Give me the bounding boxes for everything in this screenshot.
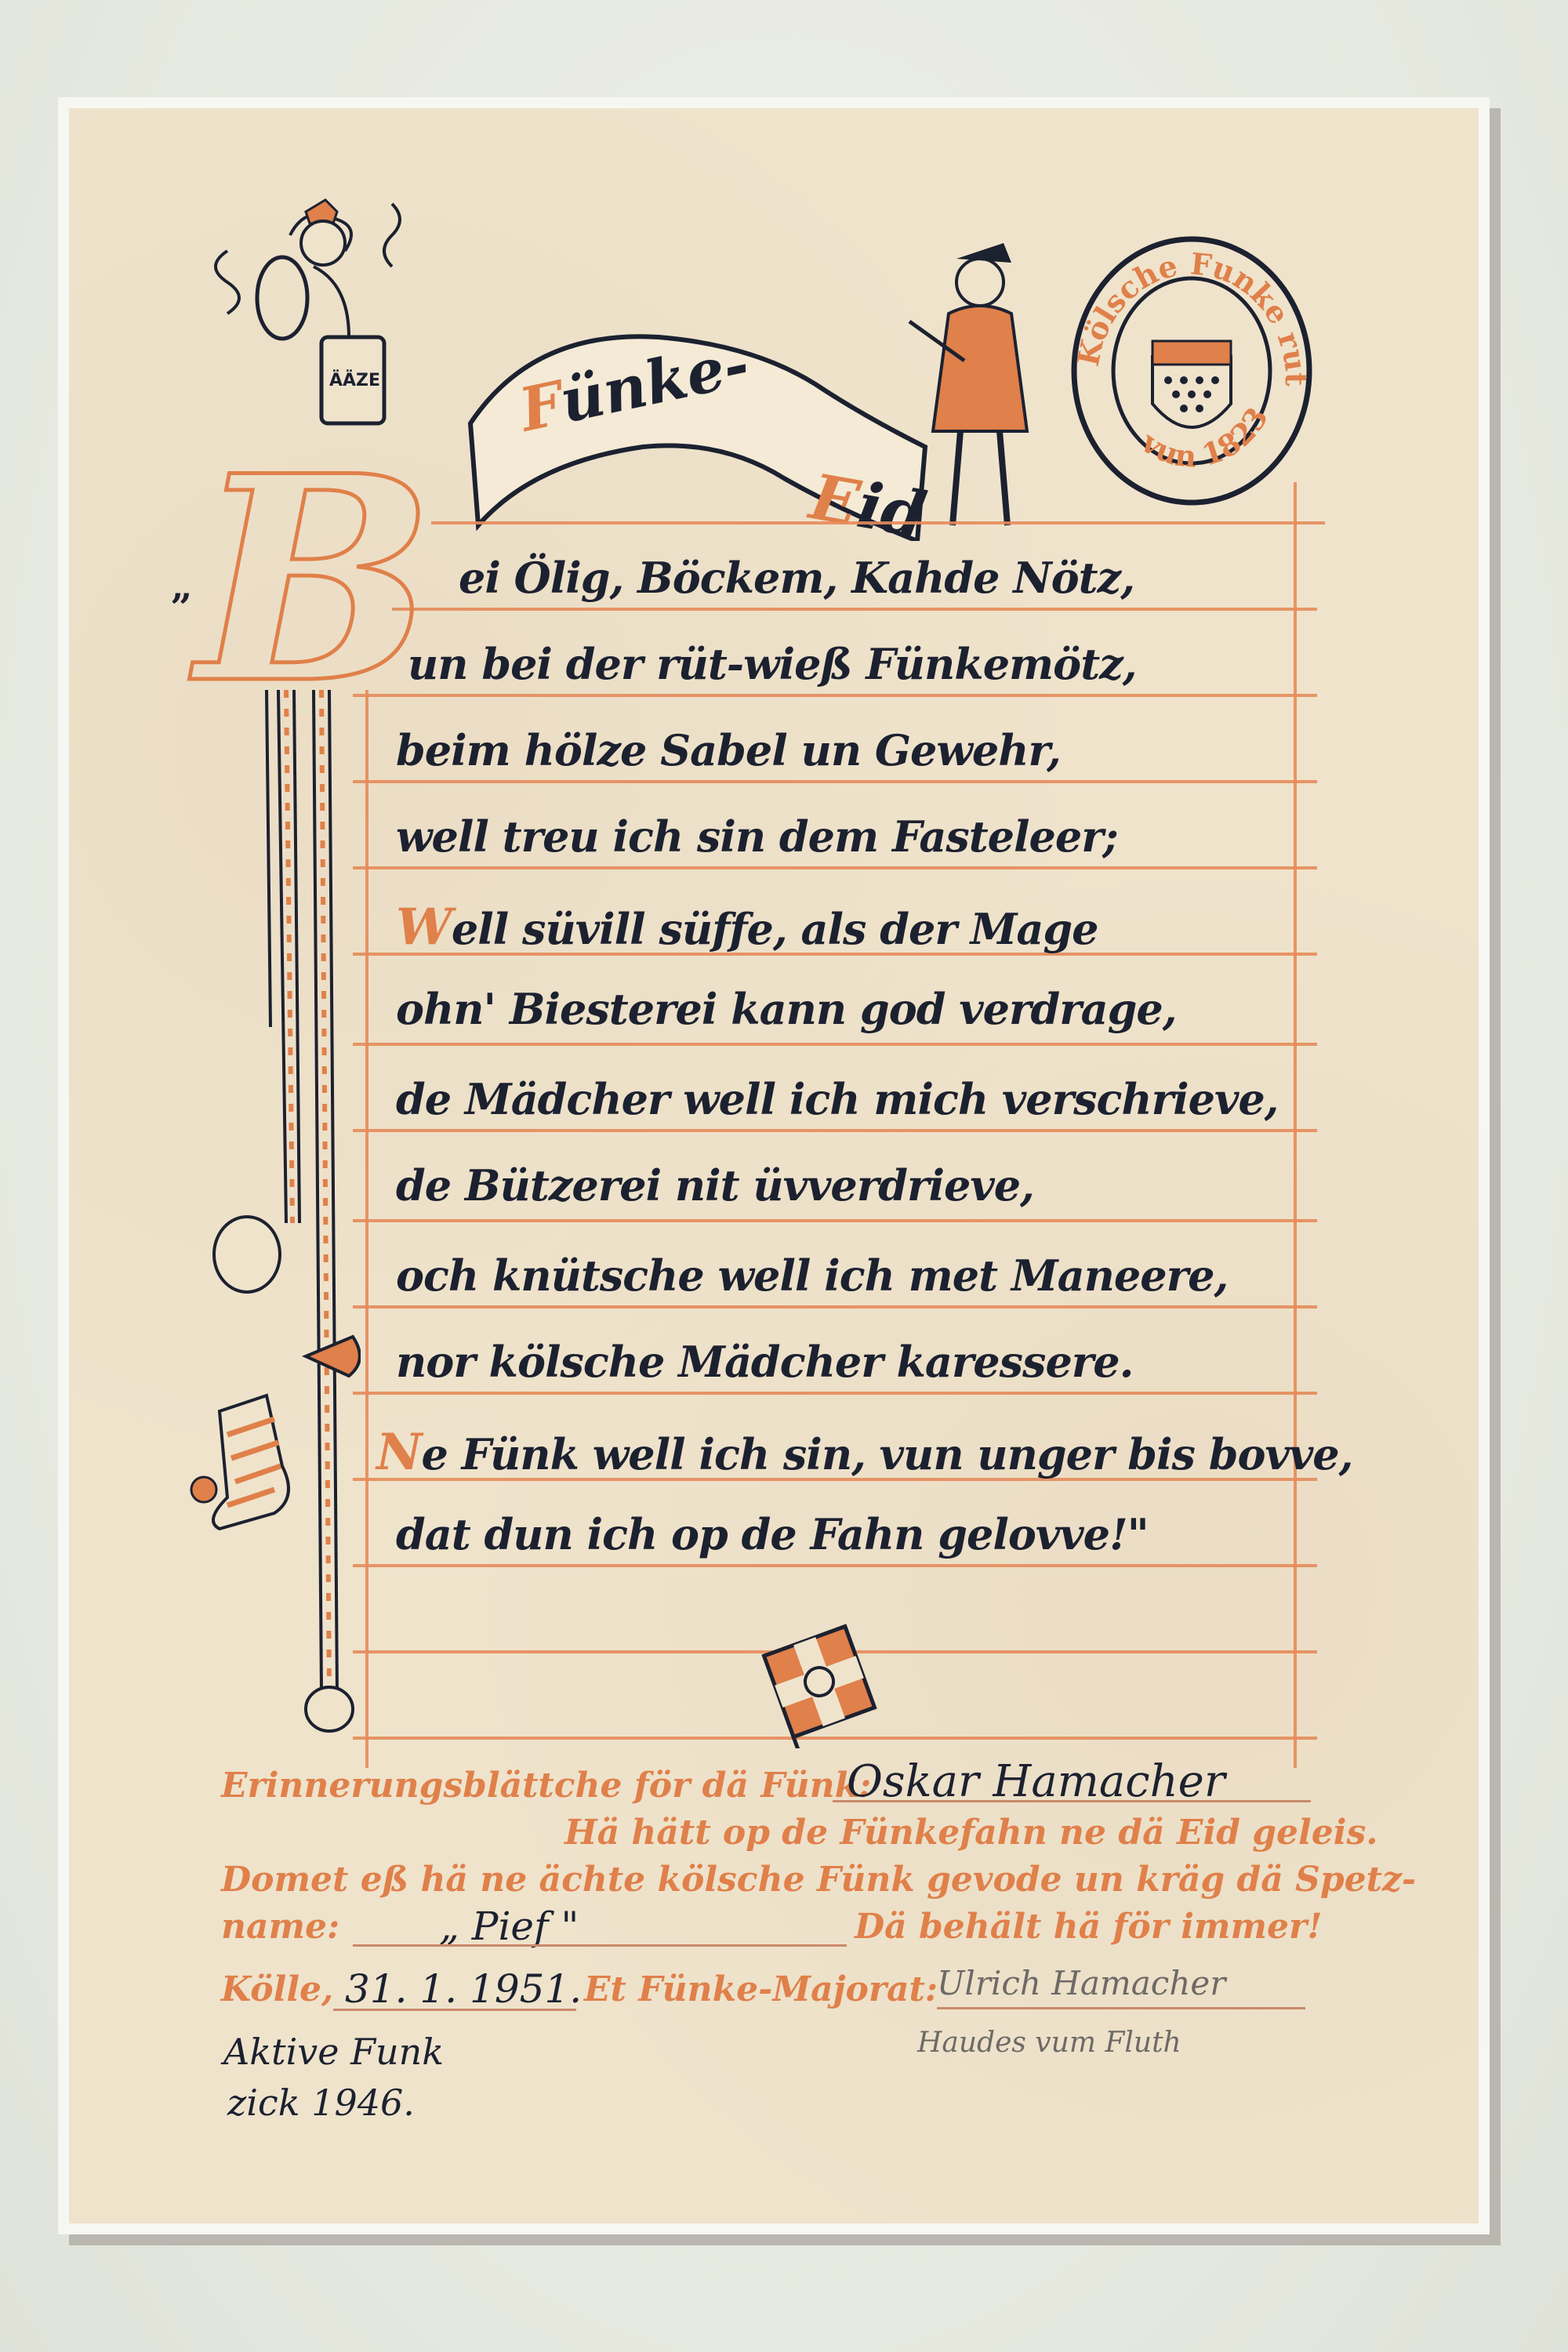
- verse-line-5: Well süvill süffe, als der Mage: [396, 898, 1282, 956]
- rule-line: [353, 780, 1317, 783]
- rule-line: [353, 1564, 1317, 1567]
- verse-line-4: well treu ich sin dem Fasteleer;: [396, 811, 1282, 862]
- kolsche-funke-seal: Kölsche Funke rut-wieß vun 1823: [1066, 231, 1317, 510]
- verse-line-8: de Bützerei nit üvverdrieve,: [396, 1160, 1282, 1210]
- verse-line-10: nor kölsche Mädcher karessere.: [396, 1337, 1282, 1387]
- certificate-line4-suffix: Dä behält hä för immer!: [855, 1907, 1323, 1947]
- rule-line: [431, 521, 1325, 524]
- nickname-underline: [353, 1944, 847, 1947]
- funke-flag-illustration: [753, 1615, 886, 1748]
- rule-line: [353, 1305, 1317, 1308]
- verse-line-6: ohn' Biesterei kann god verdrage,: [396, 984, 1282, 1034]
- certificate-label-line1: Erinnerungsblättche för dä Fünk:: [221, 1766, 871, 1806]
- verse-line-7: de Mädcher well ich mich verschrieve,: [396, 1074, 1282, 1124]
- rule-line: [353, 694, 1317, 697]
- rule-right-vertical: [1294, 482, 1297, 1768]
- issue-date: 31. 1. 1951.: [345, 1966, 582, 2012]
- verse-line-9: och knütsche well ich met Maneere,: [396, 1250, 1282, 1301]
- verse-line-2: un bei der rüt-wieß Fünkemötz,: [408, 639, 1294, 689]
- date-underline: [333, 2009, 576, 2011]
- verse-line-1: ei Ölig, Böckem, Kahde Nötz,: [459, 553, 1345, 603]
- signature-underline: [937, 2007, 1305, 2009]
- verse-line-3: beim hölze Sabel un Gewehr,: [396, 725, 1282, 775]
- soldier-illustration: [862, 227, 1098, 541]
- recipient-underline: [833, 1800, 1311, 1802]
- majorat-label: Et Fünke-Majorat:: [584, 1969, 938, 2009]
- rule-line: [353, 1219, 1317, 1222]
- rule-line: [353, 1043, 1317, 1046]
- rule-left-vertical: [365, 690, 368, 1768]
- rule-line: [392, 608, 1317, 611]
- rule-line: [353, 1392, 1317, 1395]
- nickname-label: name:: [221, 1907, 339, 1947]
- opening-quote: „: [171, 564, 193, 608]
- rule-line: [353, 866, 1317, 869]
- rule-line: [353, 1129, 1317, 1132]
- majorat-signature: Ulrich Hamacher: [937, 1964, 1225, 2002]
- annotation-line1: Aktive Funk: [223, 2031, 444, 2073]
- svg-text:ÄÄZE: ÄÄZE: [329, 370, 380, 390]
- hanging-ribbons-illustration: [188, 690, 361, 1740]
- certificate-line3: Domet eß hä ne ächte kölsche Fünk gevode…: [221, 1860, 1416, 1900]
- verse-line-11: Ne Fünk well ich sin, vun unger bis bovv…: [376, 1423, 1262, 1482]
- place-label: Kölle,: [221, 1969, 333, 2009]
- certificate-line2: Hä hätt op de Fünkefahn ne dä Eid geleis…: [564, 1813, 1378, 1853]
- nickname-value: „ Pief ": [439, 1904, 579, 1949]
- signature-note: Haudes vum Fluth: [917, 2027, 1181, 2059]
- verse-line-12: dat dun ich op de Fahn gelovve!": [396, 1509, 1282, 1559]
- annotation-line2: zick 1946.: [227, 2082, 415, 2124]
